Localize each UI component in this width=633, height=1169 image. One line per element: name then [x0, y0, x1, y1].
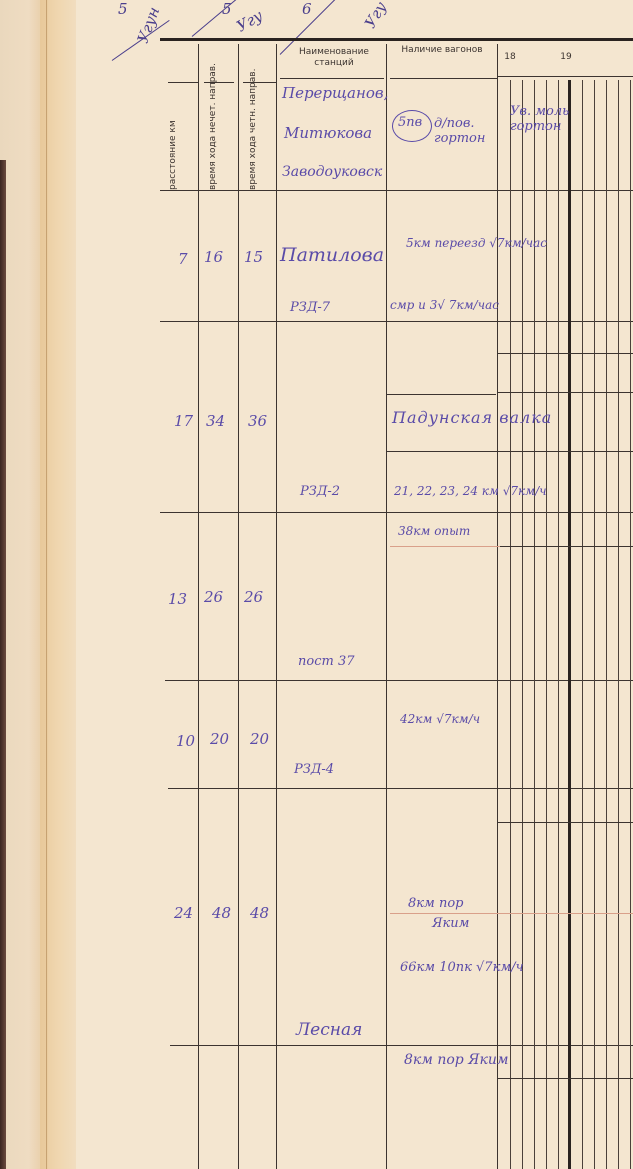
header-time-odd: время хода нечет. направ. [208, 100, 218, 190]
red-guide-line [390, 913, 633, 914]
column-line [386, 44, 387, 1169]
header-time-even: время хода четн. направ. [248, 100, 258, 190]
header-divider [168, 82, 198, 83]
header-divider [390, 78, 498, 79]
grid-subdivider [497, 1078, 633, 1079]
table-top-border [160, 38, 633, 41]
header-divider [243, 82, 277, 83]
header-station-name: Наименование станций [282, 47, 386, 69]
column-line [276, 44, 277, 1169]
binding-edge [0, 160, 6, 1169]
fold-line [46, 0, 47, 1169]
header-wagons: Наличие вагонов [392, 45, 492, 56]
grid-subdivider [497, 353, 633, 354]
grid-subdivider [386, 451, 633, 452]
red-guide-line [390, 546, 500, 547]
header-divider [280, 78, 384, 79]
header-divider [498, 76, 633, 77]
grid-subdivider [497, 546, 633, 547]
header-hour-18: 18 [500, 52, 520, 63]
header-distance: расстояние км [168, 100, 178, 190]
header-divider [204, 82, 234, 83]
header-hour-19: 19 [556, 52, 576, 63]
grid-subdivider [497, 392, 633, 393]
grid-subdivider [386, 394, 496, 395]
column-line [198, 44, 199, 1169]
grid-subdivider [497, 822, 633, 823]
column-line [238, 44, 239, 1169]
